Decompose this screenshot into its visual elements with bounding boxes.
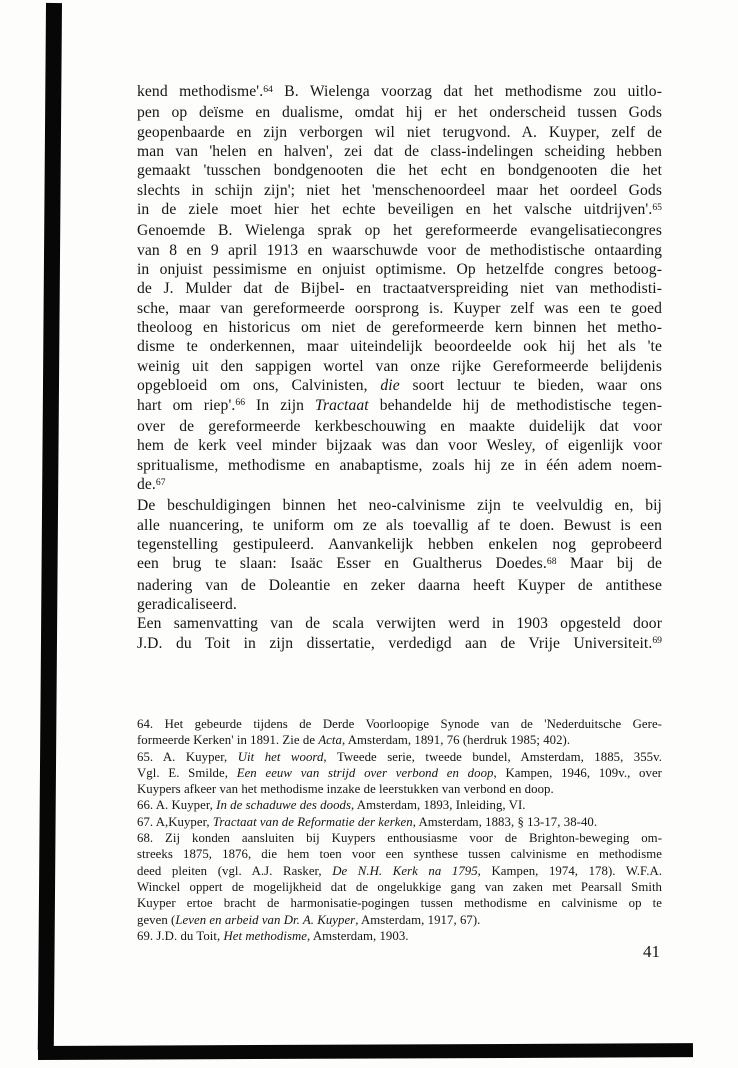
footnote-line: 68. Zij konden aansluiten bij Kuypers en… <box>137 830 662 846</box>
italic-text-segment: Uit het woord <box>238 750 324 764</box>
text-segment: gemaakt 'tusschen bondgenooten die het e… <box>137 162 662 179</box>
italic-text-segment: Tractaat <box>315 397 369 414</box>
scanned-book-page: kend methodisme'.64 B. Wielenga voorzag … <box>0 0 738 1068</box>
text-segment: streeks 1875, 1876, die hem toen voor ee… <box>137 847 662 861</box>
body-text-line: slechts in schijn zijn'; niet het 'mensc… <box>137 181 662 200</box>
body-text-line: weinig uit den sappigen wortel van onze … <box>137 357 662 376</box>
text-segment: formeerde Kerken' in 1891. Zie de <box>137 733 318 747</box>
text-segment: Een samenvatting van de scala verwijten … <box>137 615 662 632</box>
body-text-line: in onjuist pessimisme en onjuist optimis… <box>137 260 662 279</box>
footnote-marker: 66 <box>235 397 245 408</box>
page-number: 41 <box>137 942 660 962</box>
body-text-line: De beschuldigingen binnen het neo-calvin… <box>137 496 662 515</box>
body-text-line: de J. Mulder dat de Bijbel- en tractaatv… <box>137 279 662 298</box>
text-segment: Vgl. E. Smilde, <box>137 766 237 780</box>
footnote-marker: 64 <box>263 84 273 95</box>
body-text-line: over de gereformeerde kerkbeschouwing en… <box>137 417 662 436</box>
footnote-line: formeerde Kerken' in 1891. Zie de Acta, … <box>137 732 662 748</box>
footnote-marker: 65 <box>652 202 662 213</box>
italic-text-segment: Een eeuw van strijd over verbond en doop <box>237 766 494 780</box>
text-segment: Kuyper ertoe bracht de harmonisatie-pogi… <box>137 896 662 910</box>
italic-text-segment: Leven en arbeid van Dr. A. Kuyper <box>175 913 355 927</box>
text-segment: , Kampen, 1946, 109v., over <box>493 766 662 780</box>
scan-edge-bar-bottom <box>38 1043 693 1060</box>
footnote-marker: 67 <box>156 477 166 488</box>
body-text-line: geradicaliseerd. <box>137 595 662 614</box>
footnote-line: Winckel oppert de mogelijkheid dat de on… <box>137 879 662 895</box>
text-segment: , Amsterdam, 1883, § 13-17, 38-40. <box>413 815 597 829</box>
body-text-line: man van 'helen en halven', zei dat de cl… <box>137 142 662 161</box>
text-segment: geradicaliseerd. <box>137 596 237 613</box>
text-segment: In zijn <box>245 397 315 414</box>
body-text-line: hem de kerk veel minder bijzaak was dan … <box>137 436 662 455</box>
italic-text-segment: die <box>380 377 399 394</box>
text-segment: De beschuldigingen binnen het neo-calvin… <box>137 497 662 514</box>
footnote-line: 67. A,Kuyper, Tractaat van de Reformatie… <box>137 814 662 830</box>
body-text-line: alle nuancering, te uniform om ze als to… <box>137 516 662 535</box>
text-segment: van 8 en 9 april 1913 en waarschuwde voo… <box>137 242 662 259</box>
text-segment: in onjuist pessimisme en onjuist optimis… <box>137 261 662 278</box>
text-segment: deed pleiten (vgl. A.J. Rasker, <box>137 864 332 878</box>
text-segment: hart om riep'. <box>137 397 235 414</box>
body-text-line: theoloog en historicus om niet de gerefo… <box>137 318 662 337</box>
body-text-line: tegenstelling gestipuleerd. Aanvankelijk… <box>137 535 662 554</box>
text-segment: slechts in schijn zijn'; niet het 'mensc… <box>137 182 662 199</box>
text-segment: alle nuancering, te uniform om ze als to… <box>137 517 662 534</box>
footnote-marker: 68 <box>547 556 557 567</box>
body-text-line: de.67 <box>137 475 662 496</box>
text-segment: , Tweede serie, tweede bundel, Amsterdam… <box>323 750 662 764</box>
body-text-line: sche, maar van gereformeerde oorsprong i… <box>137 299 662 318</box>
footnote-line: 65. A. Kuyper, Uit het woord, Tweede ser… <box>137 749 662 765</box>
body-text-line: nadering van de Doleantie en zeker daarn… <box>137 576 662 595</box>
italic-text-segment: De N.H. Kerk na 1795 <box>332 864 477 878</box>
text-segment: nadering van de Doleantie en zeker daarn… <box>137 577 662 594</box>
text-segment: 68. Zij konden aansluiten bij Kuypers en… <box>137 831 662 845</box>
body-text-line: in de ziele moet hier het echte beveilig… <box>137 200 662 221</box>
body-text-line: geopenbaarde en zijn verborgen wil niet … <box>137 123 662 142</box>
footnote-line: 64. Het gebeurde tijdens de Derde Voorlo… <box>137 716 662 732</box>
text-segment: , Amsterdam, 1893, Inleiding, VI. <box>351 798 526 812</box>
footnote-line: Kuyper ertoe bracht de harmonisatie-pogi… <box>137 895 662 911</box>
scan-edge-bar-left <box>38 3 62 1050</box>
text-segment: sche, maar van gereformeerde oorsprong i… <box>137 300 662 317</box>
text-segment: Maar bij de <box>557 555 662 572</box>
footnote-line: Vgl. E. Smilde, Een eeuw van strijd over… <box>137 765 662 781</box>
body-text-line: Een samenvatting van de scala verwijten … <box>137 614 662 633</box>
text-segment: kend methodisme'. <box>137 83 263 100</box>
footnote-marker: 69 <box>652 635 662 646</box>
text-segment: Genoemde B. Wielenga sprak op het gerefo… <box>137 222 662 239</box>
body-text-line: J.D. du Toit in zijn dissertatie, verded… <box>137 634 662 655</box>
body-text-line: van 8 en 9 april 1913 en waarschuwde voo… <box>137 241 662 260</box>
footnote-line: streeks 1875, 1876, die hem toen voor ee… <box>137 846 662 862</box>
body-text-line: hart om riep'.66 In zijn Tractaat behand… <box>137 396 662 417</box>
text-segment: geopenbaarde en zijn verborgen wil niet … <box>137 124 662 141</box>
footnote-line: deed pleiten (vgl. A.J. Rasker, De N.H. … <box>137 863 662 879</box>
text-segment: 65. A. Kuyper, <box>137 750 238 764</box>
text-segment: Winckel oppert de mogelijkheid dat de on… <box>137 880 662 894</box>
text-segment: Kuypers afkeer van het methodisme inzake… <box>137 782 554 796</box>
text-segment: spritualisme, methodisme en anabaptisme,… <box>137 457 662 474</box>
text-segment: 66. A. Kuyper, <box>137 798 216 812</box>
text-segment: , Amsterdam, 1903. <box>307 929 409 943</box>
text-segment: 64. Het gebeurde tijdens de Derde Voorlo… <box>137 717 662 731</box>
text-segment: man van 'helen en halven', zei dat de cl… <box>137 143 662 160</box>
text-segment: hem de kerk veel minder bijzaak was dan … <box>137 437 662 454</box>
text-segment: pen op deïsme en dualisme, omdat hij er … <box>137 104 662 121</box>
text-segment: , Amsterdam, 1917, 67). <box>355 913 480 927</box>
text-segment: in de ziele moet hier het echte beveilig… <box>137 201 652 218</box>
body-text-line: een brug te slaan: Isaäc Esser en Gualth… <box>137 554 662 575</box>
body-text-line: opgebloeid om ons, Calvinisten, die soor… <box>137 376 662 395</box>
body-text-line: Genoemde B. Wielenga sprak op het gerefo… <box>137 221 662 240</box>
text-segment: 69. J.D. du Toit, <box>137 929 224 943</box>
footnote-line: Kuypers afkeer van het methodisme inzake… <box>137 781 662 797</box>
italic-text-segment: Acta <box>318 733 342 747</box>
body-text-line: spritualisme, methodisme en anabaptisme,… <box>137 456 662 475</box>
text-segment: tegenstelling gestipuleerd. Aanvankelijk… <box>137 536 662 553</box>
body-text-line: disme te onderkennen, maar uiteindelijk … <box>137 337 662 356</box>
text-segment: J.D. du Toit in zijn dissertatie, verded… <box>137 635 652 652</box>
body-text-line: gemaakt 'tusschen bondgenooten die het e… <box>137 161 662 180</box>
text-segment: B. Wielenga voorzag dat het methodisme z… <box>273 83 662 100</box>
footnote-line: 66. A. Kuyper, In de schaduwe des doods,… <box>137 797 662 813</box>
body-text: kend methodisme'.64 B. Wielenga voorzag … <box>137 82 662 655</box>
text-segment: de. <box>137 476 156 493</box>
text-segment: 67. A,Kuyper, <box>137 815 213 829</box>
text-segment: over de gereformeerde kerkbeschouwing en… <box>137 418 662 435</box>
text-segment: , Kampen, 1974, 178). W.F.A. <box>478 864 662 878</box>
text-segment: geven ( <box>137 913 175 927</box>
italic-text-segment: Het methodisme <box>224 929 308 943</box>
footnote-line: geven (Leven en arbeid van Dr. A. Kuyper… <box>137 912 662 928</box>
text-segment: opgebloeid om ons, Calvinisten, <box>137 377 380 394</box>
text-segment: , Amsterdam, 1891, 76 (herdruk 1985; 402… <box>342 733 570 747</box>
text-segment: een brug te slaan: Isaäc Esser en Gualth… <box>137 555 547 572</box>
text-segment: weinig uit den sappigen wortel van onze … <box>137 358 662 375</box>
italic-text-segment: In de schaduwe des doods <box>216 798 351 812</box>
text-segment: behandelde hij de methodistische tegen- <box>369 397 662 414</box>
text-segment: de J. Mulder dat de Bijbel- en tractaatv… <box>137 280 662 297</box>
text-segment: soort lectuur te bieden, waar ons <box>400 377 662 394</box>
body-text-line: kend methodisme'.64 B. Wielenga voorzag … <box>137 82 662 103</box>
text-segment: disme te onderkennen, maar uiteindelijk … <box>137 338 662 355</box>
italic-text-segment: Tractaat van de Reformatie der kerken <box>213 815 413 829</box>
text-segment: theoloog en historicus om niet de gerefo… <box>137 319 662 336</box>
body-text-line: pen op deïsme en dualisme, omdat hij er … <box>137 103 662 122</box>
footnotes: 64. Het gebeurde tijdens de Derde Voorlo… <box>137 716 662 944</box>
